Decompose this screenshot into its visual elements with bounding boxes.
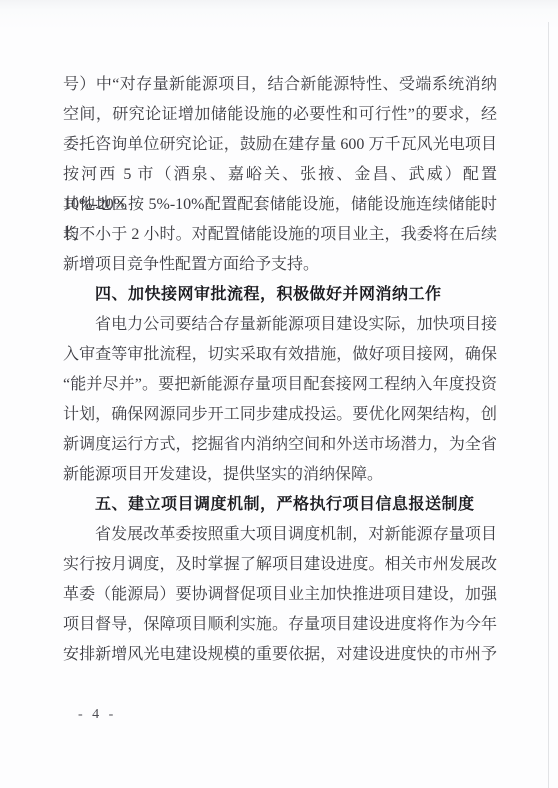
- scan-edge-line: [548, 22, 549, 788]
- text-line: 委托咨询单位研究论证，鼓励在建存量 600 万千瓦风光电项目: [63, 130, 497, 160]
- text-line: 省发展改革委按照重大项目调度机制，对新能源存量项目: [63, 520, 497, 550]
- text-line: 计划，确保网源同步开工同步建成投运。要优化网架结构，创: [63, 400, 497, 430]
- text-line: 新能源项目开发建设，提供坚实的消纳保障。: [63, 460, 497, 490]
- document-body: 号）中“对存量新能源项目，结合新能源特性、受端系统消纳 空间，研究论证增加储能设…: [63, 70, 497, 670]
- text-line: “能并尽并”。要把新能源存量项目配套接网工程纳入年度投资: [63, 370, 497, 400]
- text-line: 入审查等审批流程，切实采取有效措施，做好项目接网，确保: [63, 340, 497, 370]
- text-line: 革委（能源局）要协调督促项目业主加快推进项目建设，加强: [63, 580, 497, 610]
- text-line: 均不小于 2 小时。对配置储能设施的项目业主，我委将在后续: [63, 220, 497, 250]
- text-line: 新调度运行方式，挖掘省内消纳空间和外送市场潜力，为全省: [63, 430, 497, 460]
- text-line: 空间，研究论证增加储能设施的必要性和可行性”的要求，经: [63, 100, 497, 130]
- text-line: 省电力公司要结合存量新能源项目建设实际，加快项目接: [63, 310, 497, 340]
- text-line: 号）中“对存量新能源项目，结合新能源特性、受端系统消纳: [63, 70, 497, 100]
- text-line: 新增项目竞争性配置方面给予支持。: [63, 250, 497, 280]
- section-heading-4: 四、加快接网审批流程，积极做好并网消纳工作: [63, 280, 497, 310]
- text-line: 项目督导，保障项目顺利实施。存量项目建设进度将作为今年: [63, 610, 497, 640]
- document-page: 号）中“对存量新能源项目，结合新能源特性、受端系统消纳 空间，研究论证增加储能设…: [0, 0, 558, 788]
- text-line: 安排新增风光电建设规模的重要依据，对建设进度快的市州予: [63, 640, 497, 670]
- text-line: 按河西 5 市（酒泉、嘉峪关、张掖、金昌、武威）配置 10%-20%、: [63, 160, 497, 190]
- section-heading-5: 五、建立项目调度机制，严格执行项目信息报送制度: [63, 490, 497, 520]
- text-line: 其他地区按 5%-10%配置配套储能设施，储能设施连续储能时长: [63, 190, 497, 220]
- page-number: - 4 -: [78, 705, 116, 725]
- text-line: 实行按月调度，及时掌握了解项目建设进度。相关市州发展改: [63, 550, 497, 580]
